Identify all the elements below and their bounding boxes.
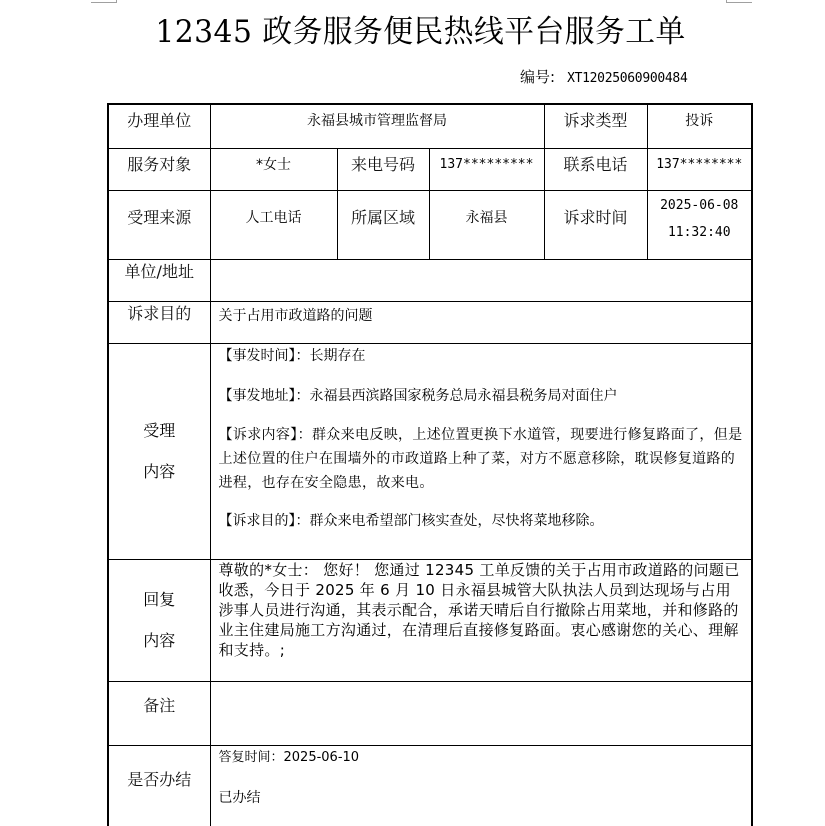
accepted-content-label: 受理 内容 — [108, 343, 210, 559]
handling-unit-value: 永福县城市管理监督局 — [210, 104, 544, 148]
reply-content-body: 尊敬的*女士： 您好！ 您通过 12345 工单反馈的关于占用市政道路的问题已收… — [210, 559, 752, 681]
unit-address-label: 单位/地址 — [108, 259, 210, 301]
crop-mark-top-left — [91, 0, 117, 3]
reply-content-label: 回复 内容 — [108, 559, 210, 681]
caller-number-value: 137********* — [429, 148, 544, 190]
request-time-value: 2025-06-08 11:32:40 — [647, 190, 752, 259]
caller-number-label: 来电号码 — [337, 148, 429, 190]
remarks-label: 备注 — [108, 681, 210, 745]
request-time-date: 2025-06-08 — [648, 192, 752, 219]
source-value: 人工电话 — [210, 190, 337, 259]
contact-phone-value: 137******** — [647, 148, 752, 190]
incident-address: 【事发地址】：永福县西滨路国家税务总局永福县税务局对面住户 — [219, 386, 746, 406]
serial-label: 编号: — [520, 68, 555, 86]
request-type-value: 投诉 — [647, 104, 752, 148]
reply-time: 答复时间：2025-06-10 — [219, 748, 744, 768]
row-accepted-content: 受理 内容 【事发时间】：长期存在 【事发地址】：永福县西滨路国家税务总局永福县… — [108, 343, 752, 559]
serial-number: 编号:XT12025060900484 — [520, 66, 688, 87]
accepted-content-label-text: 受理 内容 — [109, 410, 210, 492]
accepted-content-body: 【事发时间】：长期存在 【事发地址】：永福县西滨路国家税务总局永福县税务局对面住… — [210, 343, 752, 559]
service-target-label: 服务对象 — [108, 148, 210, 190]
request-details: 【诉求内容】：群众来电反映，上述位置更换下水道管，现要进行修复路面了，但是上述位… — [219, 423, 746, 495]
row-service-target: 服务对象 *女士 来电号码 137********* 联系电话 137*****… — [108, 148, 752, 190]
request-time-label: 诉求时间 — [544, 190, 647, 259]
remarks-value — [210, 681, 752, 745]
document-title: 12345 政务服务便民热线平台服务工单 — [17, 6, 824, 51]
source-label: 受理来源 — [108, 190, 210, 259]
row-handling-unit: 办理单位 永福县城市管理监督局 诉求类型 投诉 — [108, 104, 752, 148]
region-label: 所属区域 — [337, 190, 429, 259]
purpose-label: 诉求目的 — [108, 301, 210, 343]
completion-status: 已办结 — [219, 788, 744, 808]
purpose-value: 关于占用市政道路的问题 — [210, 301, 752, 343]
serial-value: XT12025060900484 — [567, 71, 687, 86]
request-time-time: 11:32:40 — [648, 219, 752, 246]
unit-address-value — [210, 259, 752, 301]
row-purpose: 诉求目的 关于占用市政道路的问题 — [108, 301, 752, 343]
row-completion: 是否办结 答复时间：2025-06-10 已办结 — [108, 745, 752, 826]
request-goal: 【诉求目的】：群众来电希望部门核实查处，尽快将菜地移除。 — [219, 511, 746, 531]
region-value: 永福县 — [429, 190, 544, 259]
request-type-label: 诉求类型 — [544, 104, 647, 148]
row-remarks: 备注 — [108, 681, 752, 745]
row-source: 受理来源 人工电话 所属区域 永福县 诉求时间 2025-06-08 11:32… — [108, 190, 752, 259]
row-unit-address: 单位/地址 — [108, 259, 752, 301]
service-target-value: *女士 — [210, 148, 337, 190]
incident-time: 【事发时间】：长期存在 — [219, 346, 746, 366]
handling-unit-label: 办理单位 — [108, 104, 210, 148]
completion-body: 答复时间：2025-06-10 已办结 — [210, 745, 752, 826]
reply-content-label-text: 回复 内容 — [109, 579, 210, 661]
contact-phone-label: 联系电话 — [544, 148, 647, 190]
work-order-table: 办理单位 永福县城市管理监督局 诉求类型 投诉 服务对象 *女士 来电号码 13… — [107, 103, 753, 826]
completion-label: 是否办结 — [108, 745, 210, 826]
row-reply-content: 回复 内容 尊敬的*女士： 您好！ 您通过 12345 工单反馈的关于占用市政道… — [108, 559, 752, 681]
crop-mark-top-right — [726, 0, 752, 3]
